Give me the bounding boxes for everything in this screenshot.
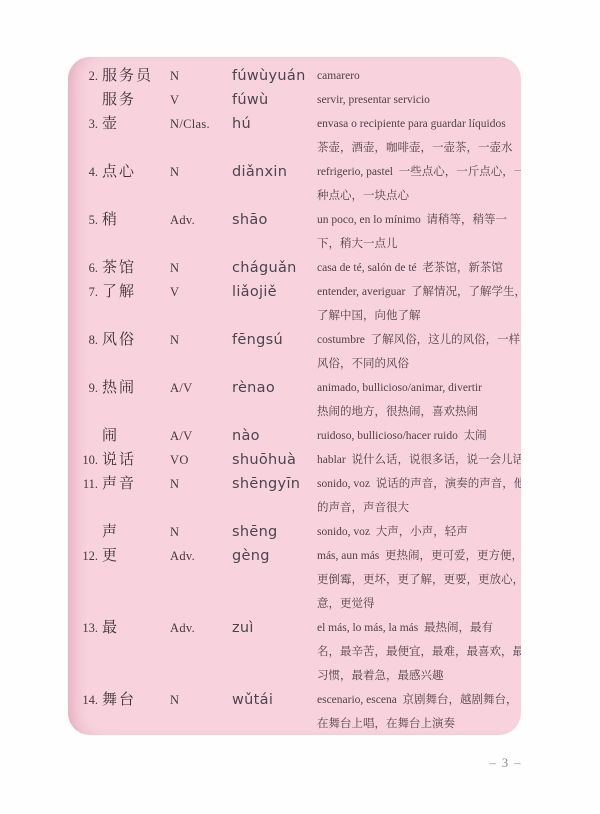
definition-line: el más, lo más, la más 最热闹，最有 (317, 616, 519, 640)
entry-number: 8. (68, 328, 102, 352)
entry-word: 服务 (102, 88, 170, 112)
entry-word: 服务员 (102, 64, 170, 88)
vocab-entry-row: 服务 V fúwù servir, presentar servicio (68, 88, 521, 112)
vocab-entry-row: 闹 A/V nào ruidoso, bullicioso/hacer ruid… (68, 424, 521, 448)
entry-definition: casa de té, salón de té 老茶馆，新茶馆 (317, 256, 521, 280)
entry-pinyin: diǎnxin (232, 160, 317, 184)
definition-line: servir, presentar servicio (317, 88, 519, 112)
entry-pos: N (170, 160, 232, 184)
definition-line: 习惯，最着急，最感兴趣 (317, 664, 519, 688)
vocab-entry-row: 14. 舞台 N wǔtái escenario, escena 京剧舞台，越剧… (68, 688, 521, 735)
entry-pos: N (170, 520, 232, 544)
entry-definition: escenario, escena 京剧舞台，越剧舞台，在舞台上唱，在舞台上演奏 (317, 688, 521, 735)
definition-line: 热闹的地方，很热闹，喜欢热闹 (317, 400, 519, 424)
entry-number: 7. (68, 280, 102, 304)
entry-word: 风俗 (102, 328, 170, 352)
entry-word: 壶 (102, 112, 170, 136)
entry-word: 声音 (102, 472, 170, 496)
vocab-entry-row: 11. 声音 N shēngyīn sonido, voz 说话的声音，演奏的声… (68, 472, 521, 520)
vocab-entry-row: 13. 最 Adv. zuì el más, lo más, la más 最热… (68, 616, 521, 688)
entry-pinyin: hú (232, 112, 317, 136)
entry-pos: N (170, 64, 232, 88)
vocab-entry-row: 10. 说话 VO shuōhuà hablar 说什么话，说很多话，说一会儿话 (68, 448, 521, 472)
entry-pos: V (170, 280, 232, 304)
vocab-entry-row: 2. 服务员 N fúwùyuán camarero (68, 64, 521, 88)
entry-pinyin: gèng (232, 544, 317, 568)
vocab-entry-row: 4. 点心 N diǎnxin refrigerio, pastel 一些点心，… (68, 160, 521, 208)
definition-line: 了解中国，向他了解 (317, 304, 519, 328)
entry-definition: camarero (317, 64, 521, 88)
entry-pos: Adv. (170, 544, 232, 568)
entry-number: 9. (68, 376, 102, 400)
entry-pinyin: rènao (232, 376, 317, 400)
definition-line: envasa o recipiente para guardar líquido… (317, 112, 519, 136)
entry-definition: entender, averiguar 了解情况，了解学生，了解中国，向他了解 (317, 280, 521, 328)
entry-pinyin: fúwù (232, 88, 317, 112)
vocab-entry-row: 3. 壶 N/Clas. hú envasa o recipiente para… (68, 112, 521, 160)
entry-number: 4. (68, 160, 102, 184)
entry-pinyin: fēngsú (232, 328, 317, 352)
entry-pinyin: liǎojiě (232, 280, 317, 304)
definition-line: costumbre 了解风俗，这儿的风俗，一样的 (317, 328, 519, 352)
entry-word: 更 (102, 544, 170, 568)
vocabulary-panel: 2. 服务员 N fúwùyuán camarero 服务 V fúwù ser… (68, 57, 521, 735)
entry-word: 点心 (102, 160, 170, 184)
entry-number: 5. (68, 208, 102, 232)
entry-number: 3. (68, 112, 102, 136)
entry-word: 闹 (102, 424, 170, 448)
entry-pinyin: shāo (232, 208, 317, 232)
entry-pos: VO (170, 448, 232, 472)
entry-word: 舞台 (102, 688, 170, 712)
entry-definition: refrigerio, pastel 一些点心，一斤点心，一种点心，一块点心 (317, 160, 521, 208)
definition-line: animado, bullicioso/animar, divertir (317, 376, 519, 400)
entry-number: 2. (68, 64, 102, 88)
vocab-entry-row: 声 N shēng sonido, voz 大声，小声，轻声 (68, 520, 521, 544)
entry-pos: N (170, 688, 232, 712)
entry-pinyin: zuì (232, 616, 317, 640)
entry-number: 6. (68, 256, 102, 280)
entry-pos: Adv. (170, 208, 232, 232)
definition-line: 的声音，声音很大 (317, 496, 519, 520)
definition-line: 风俗，不同的风俗 (317, 352, 519, 376)
entry-definition: más, aun más 更热闹，更可爱，更方便，更倒霉，更坏，更了解，更要，更… (317, 544, 521, 616)
entry-pinyin: wǔtái (232, 688, 317, 712)
definition-line: ruidoso, bullicioso/hacer ruido 太闹 (317, 424, 519, 448)
entry-pinyin: nào (232, 424, 317, 448)
entry-pinyin: shēngyīn (232, 472, 317, 496)
definition-line: 下，稍大一点儿 (317, 232, 519, 256)
definition-line: 意，更觉得 (317, 592, 519, 616)
entry-definition: costumbre 了解风俗，这儿的风俗，一样的风俗，不同的风俗 (317, 328, 521, 376)
definition-line: camarero (317, 64, 519, 88)
definition-line: hablar 说什么话，说很多话，说一会儿话 (317, 448, 519, 472)
entry-number: 12. (68, 544, 102, 568)
definition-line: 在舞台上唱，在舞台上演奏 (317, 712, 519, 735)
entry-definition: ruidoso, bullicioso/hacer ruido 太闹 (317, 424, 521, 448)
entry-pos: A/V (170, 424, 232, 448)
vocab-entry-row: 12. 更 Adv. gèng más, aun más 更热闹，更可爱，更方便… (68, 544, 521, 616)
definition-line: 更倒霉，更坏，更了解，更要，更放心，更注 (317, 568, 519, 592)
definition-line: 名，最辛苦，最便宜，最难，最喜欢，最想，最 (317, 640, 519, 664)
entry-pos: V (170, 88, 232, 112)
definition-line: casa de té, salón de té 老茶馆，新茶馆 (317, 256, 519, 280)
entry-definition: animado, bullicioso/animar, divertir热闹的地… (317, 376, 521, 424)
vocab-entry-row: 8. 风俗 N fēngsú costumbre 了解风俗，这儿的风俗，一样的风… (68, 328, 521, 376)
entry-definition: sonido, voz 大声，小声，轻声 (317, 520, 521, 544)
vocab-entry-row: 6. 茶馆 N cháguǎn casa de té, salón de té … (68, 256, 521, 280)
entry-word: 热闹 (102, 376, 170, 400)
definition-line: refrigerio, pastel 一些点心，一斤点心，一 (317, 160, 519, 184)
entry-word: 稍 (102, 208, 170, 232)
vocab-entry-row: 7. 了解 V liǎojiě entender, averiguar 了解情况… (68, 280, 521, 328)
entry-definition: el más, lo más, la más 最热闹，最有名，最辛苦，最便宜，最… (317, 616, 521, 688)
definition-line: entender, averiguar 了解情况，了解学生， (317, 280, 519, 304)
definition-line: escenario, escena 京剧舞台，越剧舞台， (317, 688, 519, 712)
entry-pinyin: shēng (232, 520, 317, 544)
entry-word: 声 (102, 520, 170, 544)
entry-number: 11. (68, 472, 102, 496)
entry-number: 13. (68, 616, 102, 640)
entry-pos: N (170, 472, 232, 496)
entry-pos: N (170, 256, 232, 280)
entry-definition: servir, presentar servicio (317, 88, 521, 112)
entry-pos: A/V (170, 376, 232, 400)
definition-line: sonido, voz 大声，小声，轻声 (317, 520, 519, 544)
book-page: 2. 服务员 N fúwùyuán camarero 服务 V fúwù ser… (0, 0, 600, 814)
entry-word: 最 (102, 616, 170, 640)
definition-line: un poco, en lo mínimo 请稍等，稍等一 (317, 208, 519, 232)
entry-definition: sonido, voz 说话的声音，演奏的声音，他的声音，声音很大 (317, 472, 521, 520)
entry-pinyin: fúwùyuán (232, 64, 317, 88)
entry-pinyin: shuōhuà (232, 448, 317, 472)
entry-number: 14. (68, 688, 102, 712)
entry-definition: hablar 说什么话，说很多话，说一会儿话 (317, 448, 521, 472)
definition-line: sonido, voz 说话的声音，演奏的声音，他 (317, 472, 519, 496)
vocab-entry-row: 9. 热闹 A/V rènao animado, bullicioso/anim… (68, 376, 521, 424)
entry-number: 10. (68, 448, 102, 472)
entry-pinyin: cháguǎn (232, 256, 317, 280)
entry-pos: Adv. (170, 616, 232, 640)
vocab-entry-row: 5. 稍 Adv. shāo un poco, en lo mínimo 请稍等… (68, 208, 521, 256)
entry-pos: N (170, 328, 232, 352)
definition-line: más, aun más 更热闹，更可爱，更方便， (317, 544, 519, 568)
definition-line: 种点心，一块点心 (317, 184, 519, 208)
entry-word: 茶馆 (102, 256, 170, 280)
entry-pos: N/Clas. (170, 112, 232, 136)
entry-definition: envasa o recipiente para guardar líquido… (317, 112, 521, 160)
entry-word: 了解 (102, 280, 170, 304)
page-number: – 3 – (490, 756, 523, 771)
entry-word: 说话 (102, 448, 170, 472)
definition-line: 茶壶，酒壶，咖啡壶，一壶茶，一壶水 (317, 136, 519, 160)
entry-definition: un poco, en lo mínimo 请稍等，稍等一下，稍大一点儿 (317, 208, 521, 256)
